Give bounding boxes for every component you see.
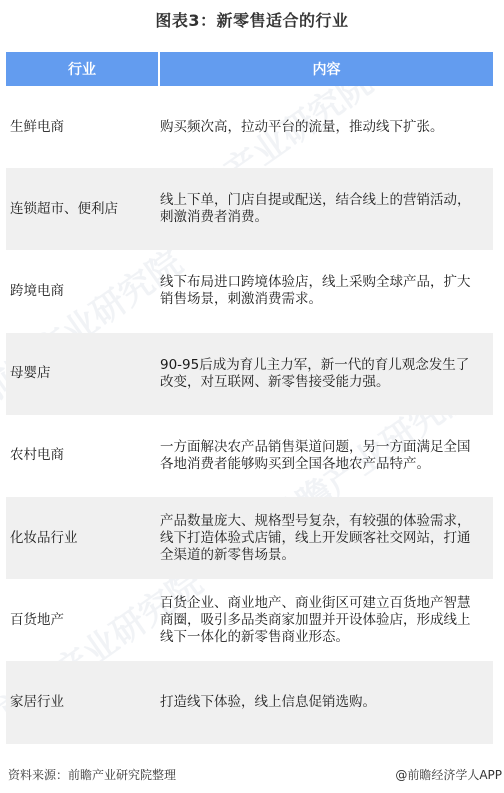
source-note: 资料来源：前瞻产业研究院整理 bbox=[8, 766, 176, 783]
industry-cell: 百货地产 bbox=[6, 612, 160, 629]
table-row: 母婴店 90-95后成为育儿主力军，新一代的育儿观念发生了改变，对互联网、新零售… bbox=[6, 333, 493, 415]
industry-cell: 母婴店 bbox=[6, 365, 160, 382]
table-row: 家居行业 打造线下体验，线上信息促销选购。 bbox=[6, 661, 493, 743]
content-cell: 百货企业、商业地产、商业街区可建立百货地产智慧商圈，吸引多品类商家加盟并开设体验… bbox=[160, 595, 493, 646]
table-header: 行业 内容 bbox=[6, 52, 493, 86]
content-cell: 线下布局进口跨境体验店，线上采购全球产品，扩大销售场景，刺激消费需求。 bbox=[160, 274, 493, 308]
table-row: 跨境电商 线下布局进口跨境体验店，线上采购全球产品，扩大销售场景，刺激消费需求。 bbox=[6, 250, 493, 332]
content-cell: 90-95后成为育儿主力军，新一代的育儿观念发生了改变，对互联网、新零售接受能力… bbox=[160, 357, 493, 391]
table-row: 农村电商 一方面解决农产品销售渠道问题，另一方面满足全国各地消费者能够购买到全国… bbox=[6, 415, 493, 497]
table-row: 化妆品行业 产品数量庞大、规格型号复杂，有较强的体验需求，线下打造体验式店铺，线… bbox=[6, 497, 493, 579]
credit-note: @前瞻经济学人APP bbox=[395, 766, 502, 783]
table-row: 连锁超市、便利店 线上下单，门店自提或配送，结合线上的营销活动，刺激消费者消费。 bbox=[6, 168, 493, 250]
industry-cell: 化妆品行业 bbox=[6, 530, 160, 547]
content-cell: 线上下单，门店自提或配送，结合线上的营销活动，刺激消费者消费。 bbox=[160, 192, 493, 226]
content-cell: 打造线下体验，线上信息促销选购。 bbox=[160, 694, 493, 711]
industry-cell: 连锁超市、便利店 bbox=[6, 201, 160, 218]
table-row: 生鲜电商 购买频次高，拉动平台的流量，推动线下扩张。 bbox=[6, 86, 493, 168]
header-industry: 行业 bbox=[6, 52, 160, 86]
industry-cell: 农村电商 bbox=[6, 447, 160, 464]
industry-table: 行业 内容 生鲜电商 购买频次高，拉动平台的流量，推动线下扩张。 连锁超市、便利… bbox=[6, 52, 493, 744]
industry-cell: 家居行业 bbox=[6, 694, 160, 711]
content-cell: 产品数量庞大、规格型号复杂，有较强的体验需求，线下打造体验式店铺，线上开发顾客社… bbox=[160, 513, 493, 564]
header-content: 内容 bbox=[160, 52, 493, 86]
industry-cell: 生鲜电商 bbox=[6, 119, 160, 136]
content-cell: 购买频次高，拉动平台的流量，推动线下扩张。 bbox=[160, 119, 493, 136]
table-row: 百货地产 百货企业、商业地产、商业街区可建立百货地产智慧商圈，吸引多品类商家加盟… bbox=[6, 579, 493, 661]
chart-title: 图表3：新零售适合的行业 bbox=[0, 8, 504, 31]
content-cell: 一方面解决农产品销售渠道问题，另一方面满足全国各地消费者能够购买到全国各地农产品… bbox=[160, 439, 493, 473]
industry-cell: 跨境电商 bbox=[6, 283, 160, 300]
